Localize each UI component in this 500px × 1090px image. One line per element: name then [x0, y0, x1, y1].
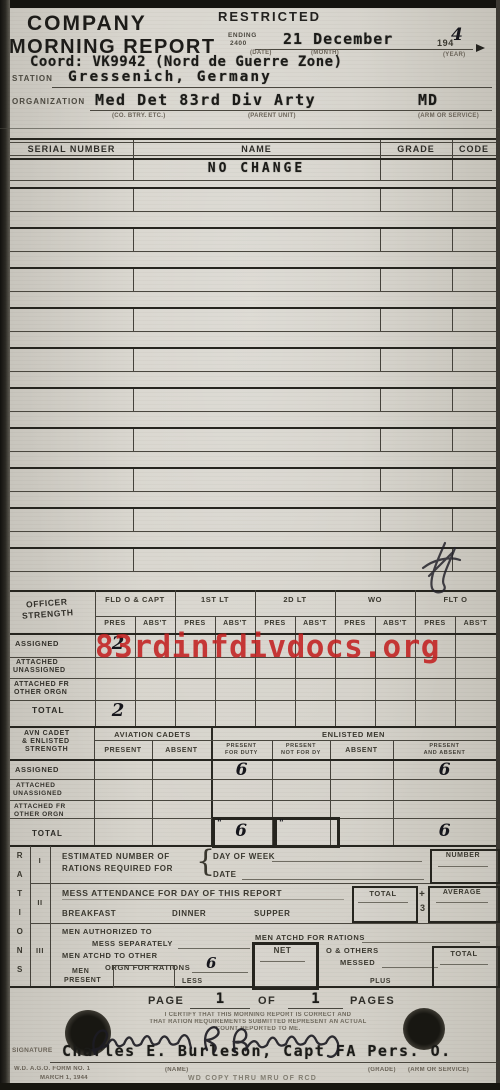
- org-sublabel-left: (CO. BTRY. ETC.): [112, 113, 166, 119]
- year-sublabel: (YEAR): [443, 52, 465, 58]
- rations-numeral-1: I: [30, 856, 50, 865]
- roster-row-rule: [10, 180, 496, 181]
- header-separator-rule: [0, 128, 500, 129]
- cadets-present-sub: PRESENT: [94, 747, 152, 754]
- pnfd-sub-1: PRESENT: [272, 743, 330, 749]
- scan-edge-top: [0, 0, 500, 8]
- enlisted-assigned-pa-value: 6: [393, 760, 496, 780]
- form-date: MARCH 1, 1944: [40, 1075, 88, 1081]
- organization-label: ORGANIZATION: [12, 97, 85, 106]
- mess-total-box-label: TOTAL: [352, 889, 414, 898]
- enlisted-label-1: AVN CADET: [24, 730, 70, 737]
- officer-row-assigned: ASSIGNED: [15, 639, 59, 648]
- roster-header-bottom-rule: [10, 155, 496, 156]
- men-atchd-for-rations-label: MEN ATCHD FOR RATIONS: [255, 933, 365, 942]
- station-rule: [52, 87, 492, 88]
- officer-group-2dlt: 2D LT: [255, 595, 335, 604]
- total-pnfd-emphasis-box: [274, 817, 340, 848]
- date-field-label: DATE: [213, 870, 237, 879]
- estimated-rations-label-1: ESTIMATED NUMBER OF: [62, 852, 170, 861]
- scan-edge-right: [496, 0, 500, 1090]
- roster-col-rule: [380, 140, 381, 180]
- organization-rule: [90, 110, 492, 111]
- rations-letter: R: [10, 851, 30, 860]
- average-box-label: AVERAGE: [428, 889, 496, 896]
- cadets-absent-sub: ABSENT: [152, 747, 211, 754]
- grade-sublabel: (GRADE): [368, 1067, 396, 1073]
- supper-label: SUPPER: [254, 909, 291, 918]
- arm-service-value: MD: [418, 91, 438, 109]
- pa-sub-2: AND ABSENT: [393, 750, 496, 756]
- enlisted-row-total: TOTAL: [32, 829, 63, 838]
- mess-separately-label: MESS SEPARATELY: [92, 939, 173, 948]
- rations-numeral-3: III: [30, 946, 50, 955]
- mess-attendance-label: MESS ATTENDANCE FOR DAY OF THIS REPORT: [62, 888, 282, 898]
- scan-edge-left: [0, 0, 10, 1090]
- form-title-line1: COMPANY: [27, 12, 147, 36]
- officer-row-attached-fr: ATTACHED FR: [14, 681, 69, 688]
- column-header-grade: GRADE: [380, 144, 452, 154]
- breakfast-label: BREAKFAST: [62, 909, 116, 918]
- officer-total-pres-value: 2: [98, 700, 138, 721]
- enlisted-label-2: & ENLISTED: [22, 738, 70, 745]
- website-watermark: 83rdinfdivdocs.org: [95, 629, 440, 665]
- rations-letter: S: [10, 965, 30, 974]
- scan-edge-bottom: [0, 1083, 500, 1090]
- morning-report-scan: COMPANY RESTRICTED MORNING REPORT ENDING…: [0, 0, 500, 1090]
- day-of-week-label: DAY OF WEEK: [213, 852, 275, 861]
- rations-total-box-label: TOTAL: [432, 949, 496, 958]
- report-date-value: 21 December: [283, 30, 393, 48]
- ending-label: ENDING: [228, 32, 257, 39]
- year-handwritten: 4: [451, 25, 463, 45]
- rations-letter: N: [10, 946, 30, 955]
- rations-letter: O: [10, 927, 30, 936]
- officer-row-attached: ATTACHED: [16, 659, 58, 666]
- present-label: PRESENT: [64, 977, 101, 984]
- enlisted-total-pfd-value: 6: [212, 821, 270, 841]
- rations-section: R A T I O N S I II III ESTIMATED NUMBER …: [10, 846, 496, 988]
- officer-group-fldo: FLD O & CAPT: [95, 595, 175, 604]
- enlisted-strength-table: AVN CADET & ENLISTED STRENGTH AVIATION C…: [10, 728, 496, 846]
- men-label: MEN: [72, 968, 89, 975]
- of-label: OF: [258, 995, 276, 1007]
- blank-roster-row: [10, 307, 496, 347]
- enlisted-absent-sub: ABSENT: [330, 747, 393, 754]
- rations-letter: A: [10, 870, 30, 879]
- coordinates-value: Coord: VK9942 (Nord de Guerre Zone): [30, 54, 343, 70]
- enlisted-men-group: ENLISTED MEN: [211, 730, 496, 739]
- page-number: 1: [190, 991, 250, 1007]
- number-box-label: NUMBER: [430, 852, 496, 859]
- men-present-box: [113, 965, 175, 988]
- enlisted-assigned-pfd-value: 6: [211, 760, 272, 780]
- rations-letter: T: [10, 889, 30, 898]
- roster-top-rule2: [10, 142, 496, 143]
- messed-label: MESSED: [340, 958, 375, 967]
- roster-top-rule: [10, 138, 496, 140]
- year-rule: [437, 49, 473, 50]
- classification-stamp: RESTRICTED: [218, 9, 321, 24]
- o-and-others-label: O & OTHERS: [326, 946, 379, 955]
- plus-label: PLUS: [370, 978, 391, 985]
- column-header-serial: SERIAL NUMBER: [10, 144, 133, 154]
- enlisted-label-3: STRENGTH: [25, 746, 68, 753]
- blank-roster-row: [10, 347, 496, 387]
- enlisted-total-pa-value: 6: [393, 821, 496, 841]
- divisor-3: 3: [420, 903, 426, 913]
- column-header-code: CODE: [452, 144, 496, 154]
- officer-sub-abst: ABS'T: [135, 620, 175, 627]
- scan-artifact-wedge: [476, 44, 485, 52]
- officer-group-1stlt: 1ST LT: [175, 595, 255, 604]
- roster-entry-no-change: NO CHANGE: [133, 161, 380, 176]
- organization-value: Med Det 83rd Div Arty: [95, 91, 316, 109]
- blank-roster-row: [10, 187, 496, 227]
- net-box-label: NET: [252, 946, 313, 955]
- aviation-cadets-group: AVIATION CADETS: [94, 730, 211, 739]
- rations-numeral-2: II: [30, 898, 50, 907]
- form-number: W.D. A.G.O. FORM NO. 1: [14, 1066, 90, 1072]
- org-sublabel-mid: (PARENT UNIT): [248, 113, 296, 119]
- handwritten-flourish-mark: [405, 540, 465, 598]
- officer-strength-label-2: STRENGTH: [22, 607, 74, 621]
- ditto-mark: ": [279, 819, 284, 829]
- officer-group-wo: WO: [335, 595, 415, 604]
- enlisted-row-assigned: ASSIGNED: [15, 765, 59, 774]
- officer-row-total: TOTAL: [32, 705, 65, 715]
- atchd-to-other-label: MEN ATCHD TO OTHER: [62, 951, 158, 960]
- divide-sign: +: [419, 889, 425, 900]
- station-value: Gressenich, Germany: [68, 69, 272, 85]
- roster-header-bottom-rule2: [10, 158, 496, 160]
- pfd-sub-2: FOR DUTY: [211, 750, 272, 756]
- arm-service-sublabel: (ARM OR SERVICE): [408, 1067, 469, 1073]
- blank-roster-row: [10, 227, 496, 267]
- pages-label: PAGES: [350, 995, 395, 1007]
- blank-roster-row: [10, 467, 496, 507]
- wd-copy-line: WD COPY THRU MRU OF RCD: [188, 1075, 317, 1082]
- page-label: PAGE: [148, 995, 184, 1007]
- pfd-sub-1: PRESENT: [211, 743, 272, 749]
- blank-roster-row: [10, 427, 496, 467]
- name-sublabel: (NAME): [165, 1067, 188, 1073]
- blank-roster-row: [10, 267, 496, 307]
- rations-letter: I: [10, 908, 30, 917]
- less-label: LESS: [182, 978, 203, 985]
- estimated-rations-label-2: RATIONS REQUIRED FOR: [62, 864, 173, 873]
- officer-sub-pres: PRES: [95, 620, 135, 627]
- pa-sub-1: PRESENT: [393, 743, 496, 749]
- org-sublabel-right: (ARM OR SERVICE): [418, 113, 479, 119]
- roster-col-rule: [452, 140, 453, 180]
- orgn-rations-value: 6: [206, 954, 216, 972]
- ending-time: 2400: [230, 40, 247, 47]
- blank-roster-row: [10, 387, 496, 427]
- dinner-label: DINNER: [172, 909, 206, 918]
- signature-sublabel: SIGNATURE: [12, 1047, 53, 1054]
- station-label: STATION: [12, 74, 53, 83]
- date-rule: [255, 49, 437, 50]
- men-authorized-label: MEN AUTHORIZED TO: [62, 927, 152, 936]
- pnfd-sub-2: NOT FOR DY: [272, 750, 330, 756]
- column-header-name: NAME: [133, 144, 380, 154]
- pages-number: 1: [288, 991, 343, 1007]
- handwritten-signature: [85, 1018, 360, 1066]
